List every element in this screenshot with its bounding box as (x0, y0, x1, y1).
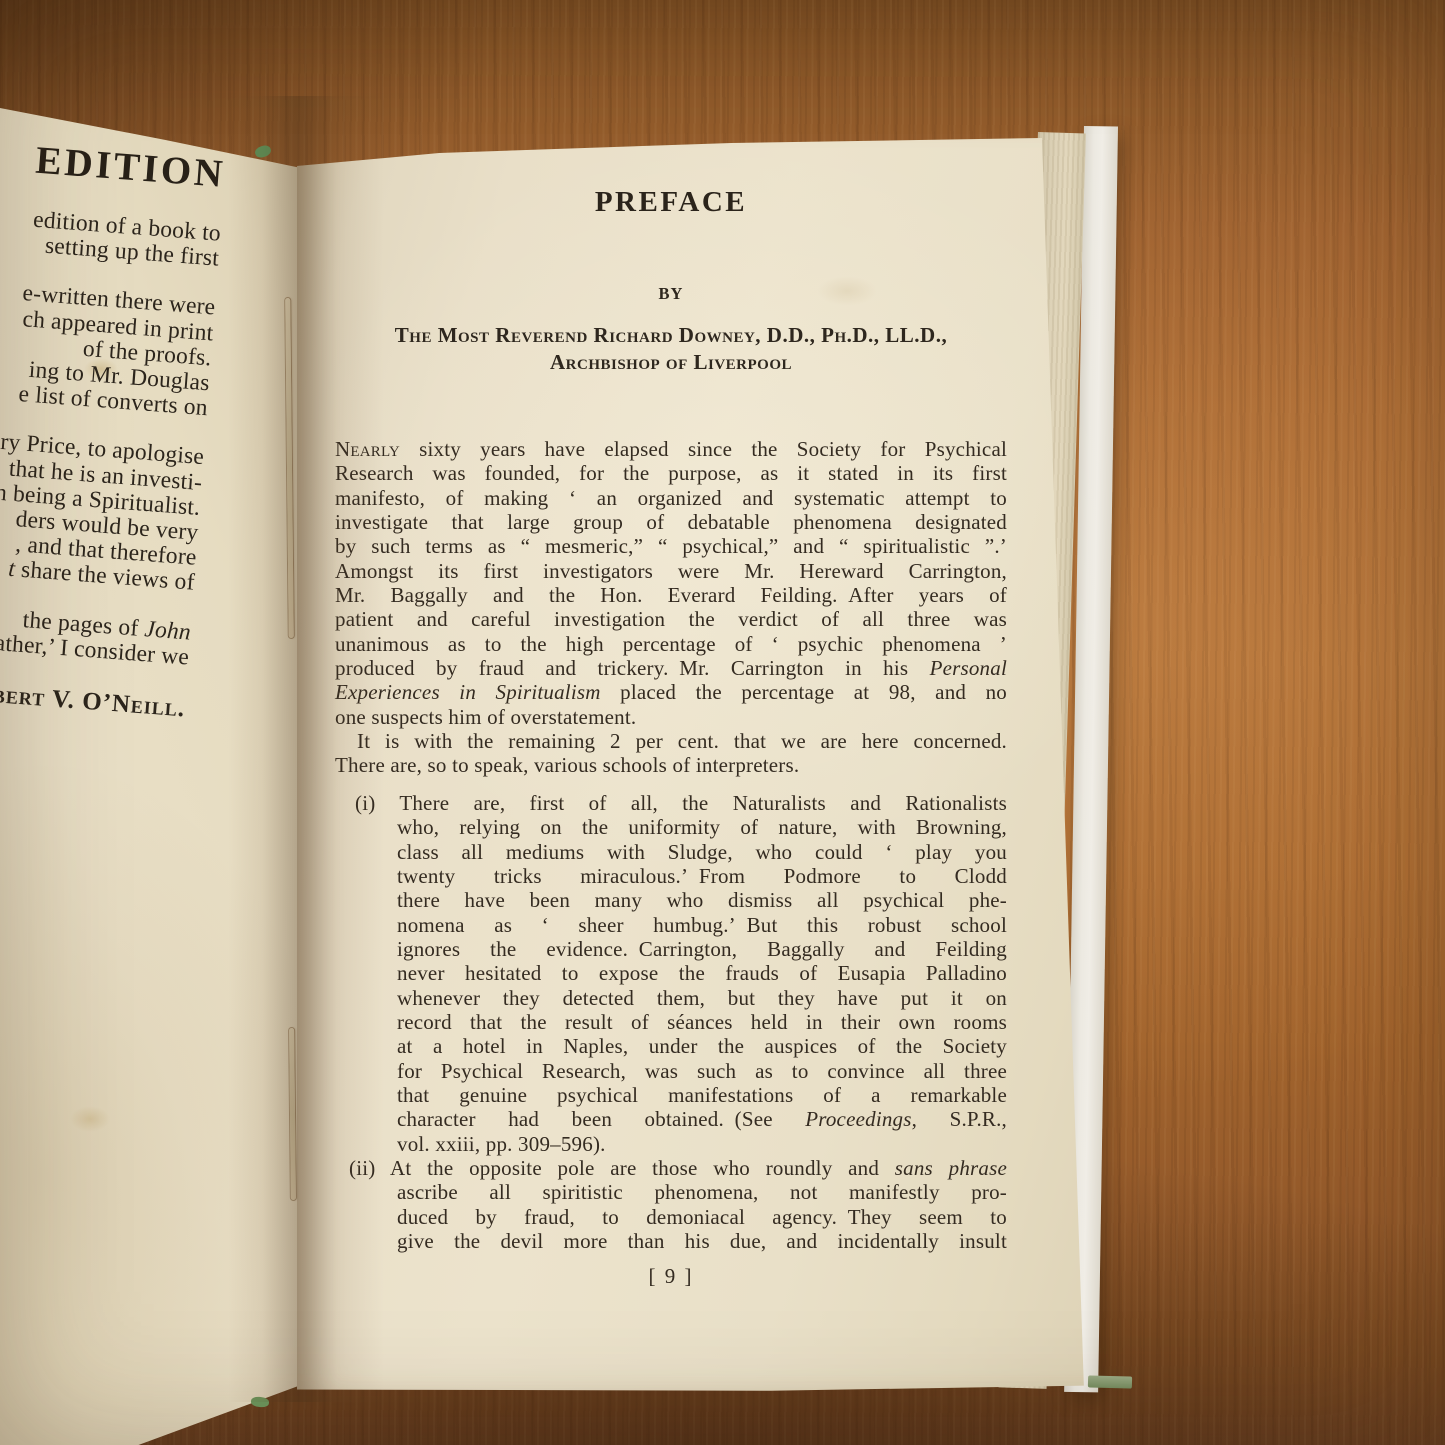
text-segment: Experiences in Spiritualism (335, 680, 601, 704)
text-line: whenever they detected them, but they ha… (335, 986, 1007, 1010)
text-segment: record that the result of séances held i… (397, 1010, 1007, 1034)
text-segment: nomena as ‘ sheer humbug.’ But this robu… (397, 913, 1007, 937)
right-page-text: PREFACE BY The Most Reverend Richard Dow… (297, 126, 1087, 1392)
text-line: by such terms as “ mesmeric,” “ psychica… (335, 534, 1007, 558)
text-segment: (i) There are, first of all, the Natural… (355, 791, 1007, 815)
text-line: there have been many who dismiss all psy… (335, 888, 1007, 912)
text-line: There are, so to speak, various schools … (335, 753, 1007, 777)
text-line: twenty tricks miraculous.’ From Podmore … (335, 864, 1007, 888)
green-cover-sliver (1088, 1375, 1132, 1388)
page-number: [ 9 ] (335, 1264, 1007, 1289)
text-segment: Mr. Baggally and the Hon. Everard Feildi… (335, 583, 1007, 607)
left-page-paragraph: ry Price, to apologisethat he is an inve… (0, 417, 205, 596)
text-segment: who, relying on the uniformity of nature… (397, 815, 1007, 839)
text-line: Mr. Baggally and the Hon. Everard Feildi… (335, 583, 1007, 607)
text-line: produced by fraud and trickery. Mr. Carr… (335, 656, 1007, 680)
text-line: Amongst its first investigators were Mr.… (335, 559, 1007, 583)
text-segment: (ii) At the opposite pole are those who … (349, 1156, 895, 1180)
text-line: for Psychical Research, was such as to c… (335, 1059, 1007, 1083)
text-line: give the devil more than his due, and in… (335, 1229, 1007, 1253)
text-segment: produced by fraud and trickery. Mr. Carr… (335, 656, 930, 680)
text-segment: sixty years have elapsed since the Socie… (400, 437, 1007, 461)
text-line: never hesitated to expose the frauds of … (335, 961, 1007, 985)
text-line: unanimous as to the high percentage of ‘… (335, 632, 1007, 656)
left-page-signature: rbert V. O’Neill. (0, 668, 186, 722)
text-segment: give the devil more than his due, and in… (397, 1229, 1007, 1253)
text-line: ignores the evidence. Carrington, Baggal… (335, 937, 1007, 961)
text-line: Nearly sixty years have elapsed since th… (335, 437, 1007, 461)
left-page-paragraphs: edition of a book tosetting up the first… (0, 193, 222, 670)
text-segment: Research was founded, for the purpose, a… (335, 461, 1007, 485)
page-stain (70, 1106, 110, 1132)
left-page-paragraph: edition of a book tosetting up the first (0, 193, 222, 272)
text-segment: never hesitated to expose the frauds of … (397, 961, 1007, 985)
left-page: EDITION edition of a book tosetting up t… (0, 100, 301, 1445)
text-line: ascribe all spiritistic phenomena, not m… (335, 1180, 1007, 1204)
text-segment: sans phrase (895, 1156, 1007, 1180)
text-segment: there have been many who dismiss all psy… (397, 888, 1007, 912)
text-segment: character had been obtained. (See (397, 1107, 805, 1131)
byline: BY (335, 284, 1007, 304)
text-segment: It is with the remaining 2 per cent. tha… (357, 729, 1007, 753)
text-line: one suspects him of overstatement. (335, 705, 1007, 729)
text-segment: ignores the evidence. Carrington, Baggal… (397, 937, 1007, 961)
text-line: character had been obtained. (See Procee… (335, 1107, 1007, 1131)
text-segment: that genuine psychical manifestations of… (397, 1083, 1007, 1107)
text-segment: investigate that large group of debatabl… (335, 510, 1007, 534)
text-segment: unanimous as to the high percentage of ‘… (335, 632, 1007, 656)
text-line: manifesto, of making ‘ an organized and … (335, 486, 1007, 510)
text-line: (i) There are, first of all, the Natural… (335, 791, 1007, 815)
text-line: Research was founded, for the purpose, a… (335, 461, 1007, 485)
text-line: duced by fraud, to demoniacal agency. Th… (335, 1205, 1007, 1229)
open-book-photo: EDITION edition of a book tosetting up t… (0, 0, 1445, 1445)
text-line: It is with the remaining 2 per cent. tha… (335, 729, 1007, 753)
text-segment: vol. xxiii, pp. 309–596). (397, 1132, 606, 1156)
text-segment: Nearly (335, 437, 400, 461)
text-segment: There are, so to speak, various schools … (335, 753, 799, 777)
text-line: vol. xxiii, pp. 309–596). (335, 1132, 1007, 1156)
text-segment: manifesto, of making ‘ an organized and … (335, 486, 1007, 510)
text-line: Experiences in Spiritualism placed the p… (335, 680, 1007, 704)
text-line: nomena as ‘ sheer humbug.’ But this robu… (335, 913, 1007, 937)
text-line: at a hotel in Naples, under the auspices… (335, 1034, 1007, 1058)
text-segment: patient and careful investigation the ve… (335, 607, 1007, 631)
text-segment: Personal (930, 656, 1007, 680)
text-line: class all mediums with Sludge, who could… (335, 840, 1007, 864)
text-segment: one suspects him of overstatement. (335, 705, 636, 729)
preface-title: PREFACE (335, 186, 1007, 219)
left-page-paragraph: e-written there werech appeared in print… (0, 268, 216, 422)
author-line-2: Archbishop of Liverpool (335, 349, 1007, 376)
text-segment: by such terms as “ mesmeric,” “ psychica… (335, 534, 1007, 558)
right-page: PREFACE BY The Most Reverend Richard Dow… (297, 126, 1087, 1392)
text-segment: twenty tricks miraculous.’ From Podmore … (397, 864, 1007, 888)
text-line: investigate that large group of debatabl… (335, 510, 1007, 534)
text-segment: class all mediums with Sludge, who could… (397, 840, 1007, 864)
text-line: who, relying on the uniformity of nature… (335, 815, 1007, 839)
left-page-paragraph: the pages of Johnather,’ I consider we (0, 592, 192, 671)
text-segment: duced by fraud, to demoniacal agency. Th… (397, 1205, 1007, 1229)
text-segment: Amongst its first investigators were Mr.… (335, 559, 1007, 583)
text-line: patient and careful investigation the ve… (335, 607, 1007, 631)
text-segment: , S.P.R., (912, 1107, 1007, 1131)
text-segment: placed the percentage at 98, and no (601, 680, 1007, 704)
text-segment: whenever they detected them, but they ha… (397, 986, 1007, 1010)
text-line: (ii) At the opposite pole are those who … (335, 1156, 1007, 1180)
text-segment: ascribe all spiritistic phenomena, not m… (397, 1180, 1007, 1204)
text-line: that genuine psychical manifestations of… (335, 1083, 1007, 1107)
text-segment: Proceedings (805, 1107, 911, 1131)
text-segment: for Psychical Research, was such as to c… (397, 1059, 1007, 1083)
text-line: record that the result of séances held i… (335, 1010, 1007, 1034)
left-page-text: EDITION edition of a book tosetting up t… (0, 124, 227, 722)
author-block: The Most Reverend Richard Downey, D.D., … (335, 322, 1007, 376)
text-segment: at a hotel in Naples, under the auspices… (397, 1034, 1007, 1058)
body-text: Nearly sixty years have elapsed since th… (335, 437, 1007, 1253)
author-line-1: The Most Reverend Richard Downey, D.D., … (335, 322, 1007, 349)
